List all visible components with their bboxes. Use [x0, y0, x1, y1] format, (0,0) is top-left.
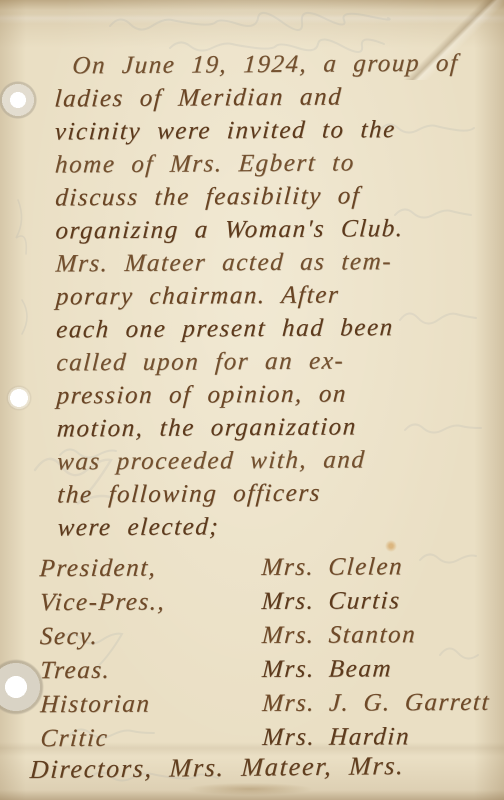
officer-list: President, Mrs. Clelen Vice-Pres., Mrs. …: [39, 550, 490, 756]
handwritten-line: On June 19, 1924, a group of: [53, 46, 485, 82]
officer-title: Vice-Pres.,: [39, 585, 263, 620]
officer-row: Critic Mrs. Hardin: [39, 720, 491, 756]
officer-row: President, Mrs. Clelen: [38, 550, 490, 586]
handwritten-line: discuss the feasibility of: [54, 178, 486, 214]
handwritten-line: vicinity were invited to the: [54, 112, 486, 148]
directors-line: Directors, Mrs. Mateer, Mrs.: [29, 751, 406, 785]
officer-name: Mrs. Clelen: [260, 550, 490, 585]
officer-title: Secy.: [39, 619, 263, 654]
handwritten-line: was proceeded with, and: [56, 442, 488, 478]
handwritten-line: called upon for an ex-: [55, 343, 487, 379]
officer-row: Secy. Mrs. Stanton: [39, 618, 491, 654]
officer-title: Historian: [39, 687, 263, 722]
officer-row: Vice-Pres., Mrs. Curtis: [39, 584, 491, 620]
officer-name: Mrs. Beam: [261, 652, 491, 687]
handwritten-line: pression of opinion, on: [56, 376, 488, 412]
officer-title: Critic: [39, 721, 263, 756]
officer-name: Mrs. Stanton: [261, 618, 491, 653]
handwritten-line: motion, the organization: [56, 409, 488, 445]
handwritten-line: each one present had been: [55, 310, 487, 346]
handwritten-line: home of Mrs. Egbert to: [54, 145, 486, 181]
handwritten-line: were elected;: [57, 508, 489, 544]
punch-hole-middle: [6, 385, 32, 411]
officer-row: Treas. Mrs. Beam: [39, 652, 491, 688]
officer-title: Treas.: [39, 653, 263, 688]
handwritten-line: ladies of Meridian and: [54, 79, 486, 115]
officer-name: Mrs. J. G. Garrett: [261, 686, 491, 721]
punch-hole-top: [0, 80, 38, 120]
punch-hole-bottom: [0, 659, 44, 715]
minutes-paragraph: On June 19, 1924, a group of ladies of M…: [54, 47, 487, 545]
officer-name: Mrs. Curtis: [261, 584, 491, 619]
handwritten-line: porary chairman. After: [55, 277, 487, 313]
handwritten-line: organizing a Woman's Club.: [55, 211, 487, 247]
officer-row: Historian Mrs. J. G. Garrett: [39, 686, 491, 722]
handwritten-line: the following officers: [56, 475, 488, 511]
handwritten-line: Mrs. Mateer acted as tem-: [55, 244, 487, 280]
notebook-page: On June 19, 1924, a group of ladies of M…: [0, 0, 504, 800]
officer-name: Mrs. Hardin: [261, 720, 491, 755]
officer-title: President,: [38, 551, 262, 586]
